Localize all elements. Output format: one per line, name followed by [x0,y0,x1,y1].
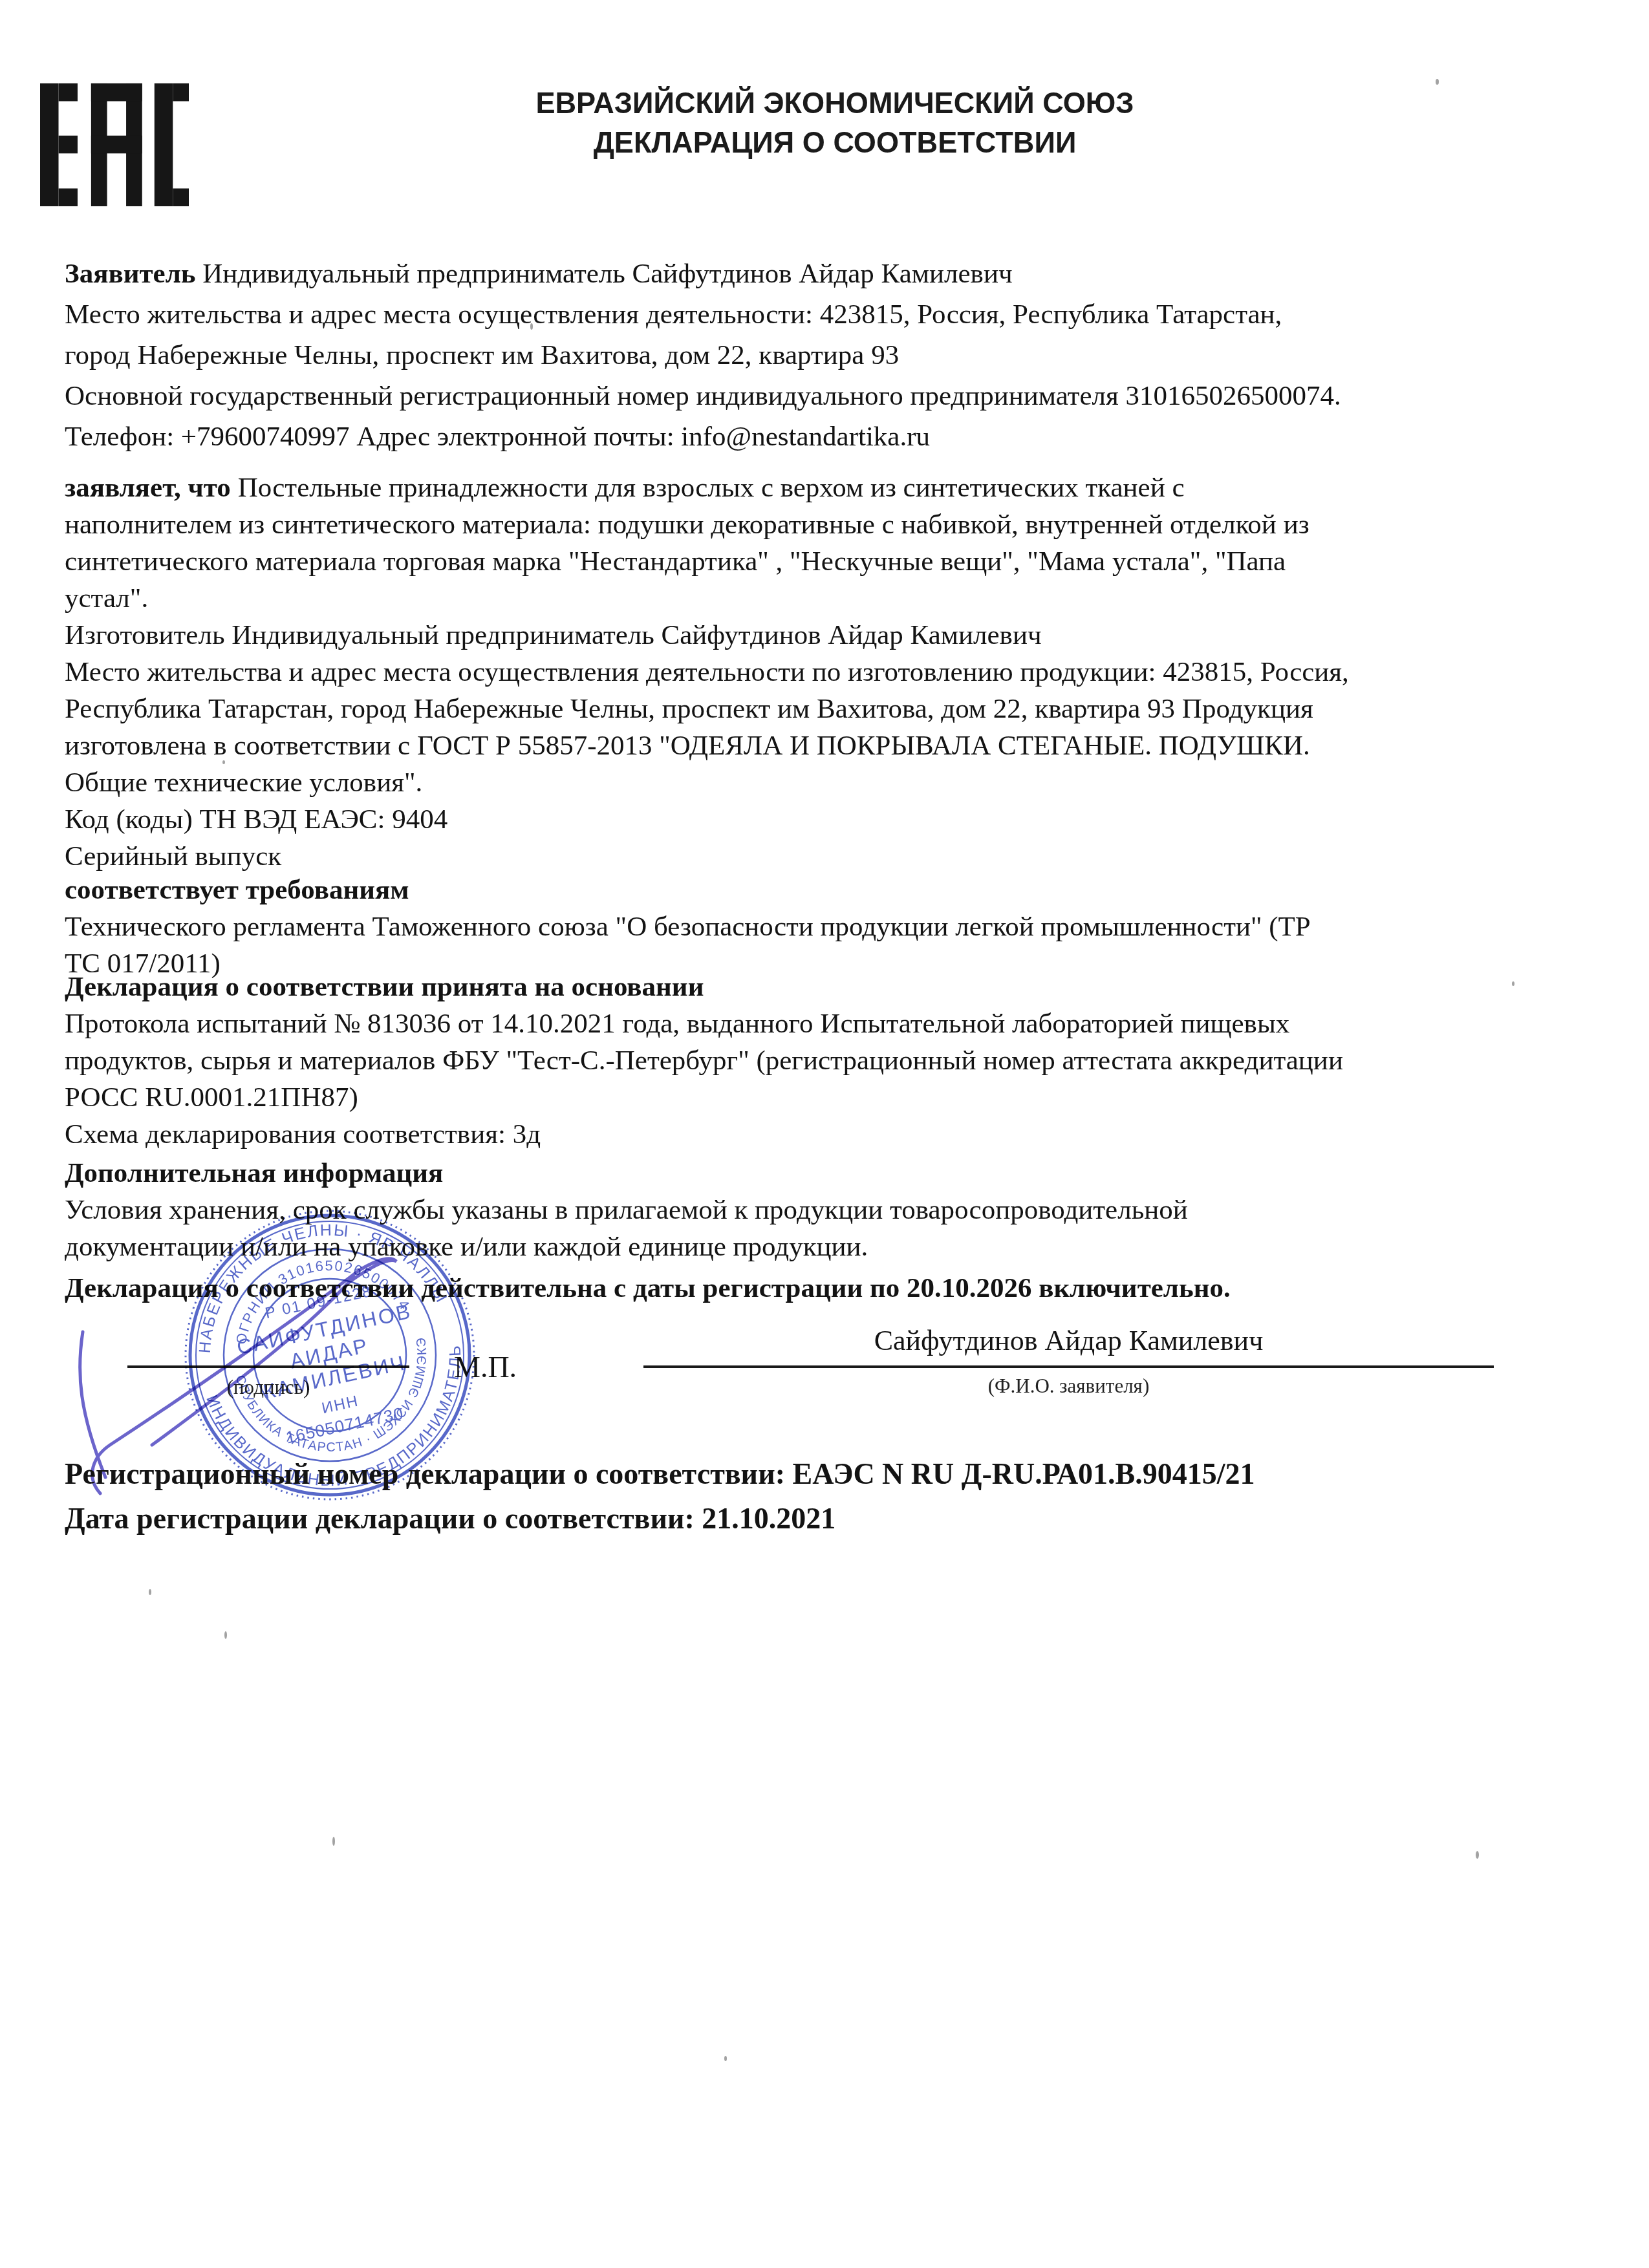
scan-speck [1476,1851,1479,1859]
applicant-section: Заявитель Индивидуальный предприниматель… [65,253,1546,457]
text-line: Протокола испытаний № 813036 от 14.10.20… [65,1005,1546,1042]
text-line: синтетического материала торговая марка … [65,543,1546,580]
declares-label: заявляет, что [65,473,231,503]
fio-line [643,1365,1494,1368]
scan-speck [530,323,533,330]
product-declaration-section: заявляет, что Постельные принадлежности … [65,469,1546,875]
scan-speck [1436,79,1439,85]
text-line: РОСС RU.0001.21ПН87) [65,1079,1546,1116]
text-line: Серийный выпуск [65,838,1546,875]
text-line: изготовлена в соответствии с ГОСТ Р 5585… [65,727,1546,764]
scan-speck [332,1837,335,1846]
text-line: Республика Татарстан, город Набережные Ч… [65,690,1546,727]
additional-info-label: Дополнительная информация [65,1155,1546,1192]
applicant-fio-name: Сайфутдинов Айдар Камилевич [643,1324,1494,1357]
text-line: заявляет, что Постельные принадлежности … [65,469,1546,506]
text-line: Место жительства и адрес места осуществл… [65,294,1546,335]
text-line: Изготовитель Индивидуальный предпринимат… [65,617,1546,654]
compliance-section: соответствует требованиям Технического р… [65,872,1546,982]
declaration-line-1: Постельные принадлежности для взрослых с… [231,473,1185,503]
title-line-1: ЕВРАЗИЙСКИЙ ЭКОНОМИЧЕСКИЙ СОЮЗ [43,83,1626,122]
scan-speck [224,1631,227,1639]
basis-label: Декларация о соответствии принята на осн… [65,968,1546,1005]
text-line: Место жительства и адрес места осуществл… [65,654,1546,690]
text-line: продуктов, сырья и материалов ФБУ "Тест-… [65,1042,1546,1079]
text-line: Схема декларирования соответствия: 3д [65,1116,1546,1153]
text-line: город Набережные Челны, проспект им Вахи… [65,335,1546,376]
scan-speck [222,760,225,764]
scan-speck [724,2056,727,2061]
document-title: ЕВРАЗИЙСКИЙ ЭКОНОМИЧЕСКИЙ СОЮЗ ДЕКЛАРАЦИ… [0,83,1649,162]
text-line: Общие технические условия". [65,764,1546,801]
registration-date-line: Дата регистрации декларации о соответств… [65,1501,1584,1535]
declaration-document: ЕВРАЗИЙСКИЙ ЭКОНОМИЧЕСКИЙ СОЮЗ ДЕКЛАРАЦИ… [0,0,1649,2268]
title-line-2: ДЕКЛАРАЦИЯ О СООТВЕТСТВИИ [43,122,1626,162]
compliance-label: соответствует требованиям [65,872,1546,908]
scan-speck [149,1589,151,1595]
text-line: наполнителем из синтетического материала… [65,506,1546,543]
fio-caption: (Ф.И.О. заявителя) [643,1375,1494,1398]
basis-section: Декларация о соответствии принята на осн… [65,968,1546,1153]
text-line: Технического регламента Таможенного союз… [65,908,1546,945]
applicant-line-1: Индивидуальный предприниматель Сайфутдин… [196,259,1013,289]
text-line: Код (коды) ТН ВЭД ЕАЭС: 9404 [65,801,1546,838]
text-line: Заявитель Индивидуальный предприниматель… [65,253,1546,294]
text-line: Основной государственный регистрационный… [65,376,1546,416]
scan-speck [1512,981,1514,986]
registration-number-line: Регистрационный номер декларации о соотв… [65,1457,1584,1491]
applicant-label: Заявитель [65,259,196,289]
text-line: устал". [65,580,1546,617]
text-line: Телефон: +79600740997 Адрес электронной … [65,416,1546,457]
